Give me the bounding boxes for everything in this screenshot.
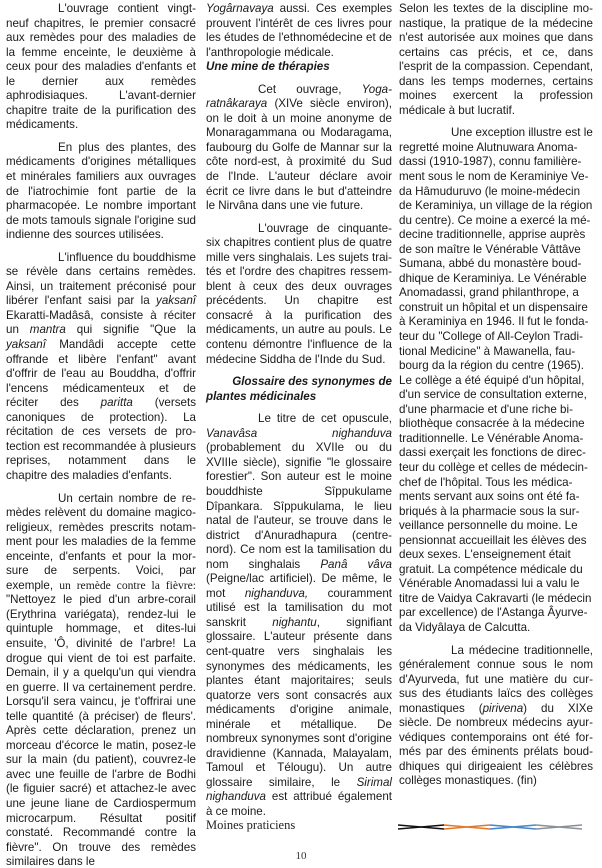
paragraph: L'ouvrage contient vingt-neuf chapitres,… [6,2,196,133]
paragraph: Cet ouvrage, Yoga­ratnâkaraya (XIVe sièc… [206,83,392,214]
paragraph: Un certain nombre de re­mèdes relèvent d… [6,492,196,868]
term-mantra: mantra [30,323,66,336]
decorative-divider-icon [398,822,583,832]
paragraph: Une exception illustre est le regretté m… [399,126,593,635]
section-heading: Une mine de thérapies [206,60,392,75]
term-yaksani: yaksanî [6,338,46,351]
term: nighantu [272,616,316,629]
section-heading: Glossaire des synonymes de [206,375,392,390]
section-subheading: Moines praticiens [206,818,295,833]
section-heading-continued: plantes médicinales [206,390,392,405]
term: Panâ vâva [320,558,392,571]
paragraph: La médecine traditionnelle, généralement… [399,644,593,789]
document-page: L'ouvrage contient vingt-neuf chapitres,… [0,0,602,868]
paragraph: Le titre de cet opuscule, Va­navâsa nigh… [206,412,392,819]
page-number: 10 [0,850,602,862]
column-1: L'ouvrage contient vingt-neuf chapitres,… [6,2,196,868]
term-pirivena: pirivena [483,702,524,715]
paragraph: Yogârnavaya aussi. Ces exemples prouvent… [206,2,392,60]
term-yaksani: yaksanî [156,294,196,307]
book-title: Va­navâsa nighanduva [206,427,392,440]
book-title: Yogârnavaya [206,2,274,15]
paragraph: Selon les textes de la discipline mo­nas… [399,2,593,118]
paragraph: L'influence du bouddhisme se révèle dans… [6,251,196,484]
column-2: Yogârnavaya aussi. Ces exemples prouvent… [206,2,392,828]
paragraph: En plus des plantes, des mé­dicaments d'… [6,141,196,243]
paragraph: L'ouvrage de cinquante-six chapitres con… [206,222,392,367]
term: nighan­duva, [245,587,308,600]
term-paritta: paritta [101,396,133,409]
column-3: Selon les textes de la discipline mo­nas… [399,2,593,797]
